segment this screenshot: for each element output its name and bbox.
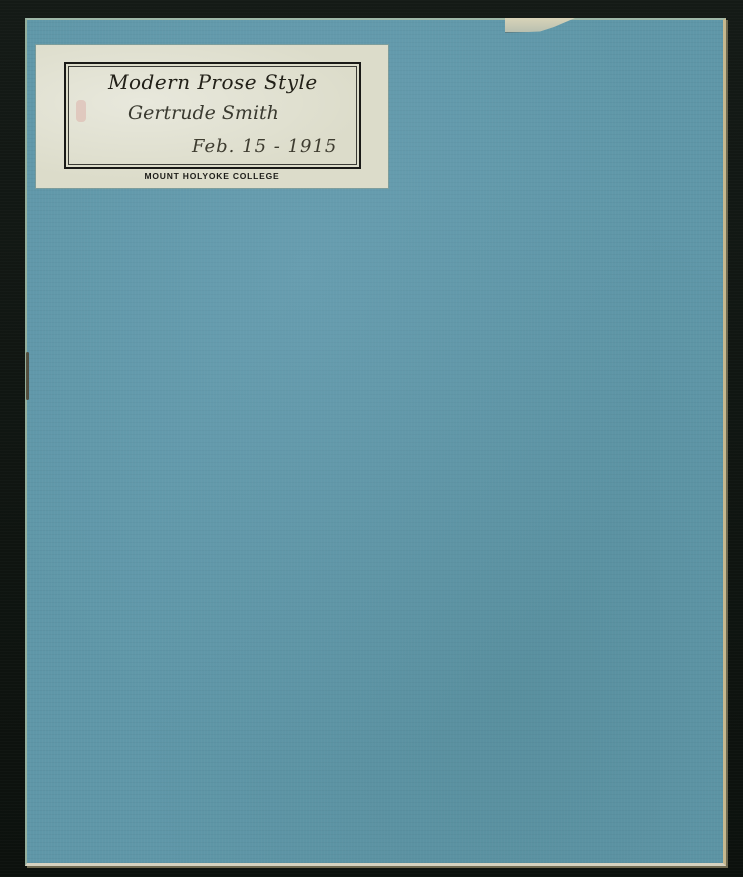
handwritten-title: Modern Prose Style	[108, 70, 318, 94]
label-frame: Modern Prose Style Gertrude Smith Feb. 1…	[64, 62, 361, 169]
handwritten-date: Feb. 15 - 1915	[192, 136, 337, 157]
handwritten-name: Gertrude Smith	[128, 102, 279, 124]
institution-name: MOUNT HOLYOKE COLLEGE	[36, 171, 388, 181]
cover-label: Modern Prose Style Gertrude Smith Feb. 1…	[36, 45, 388, 188]
spine-stain	[26, 352, 29, 400]
